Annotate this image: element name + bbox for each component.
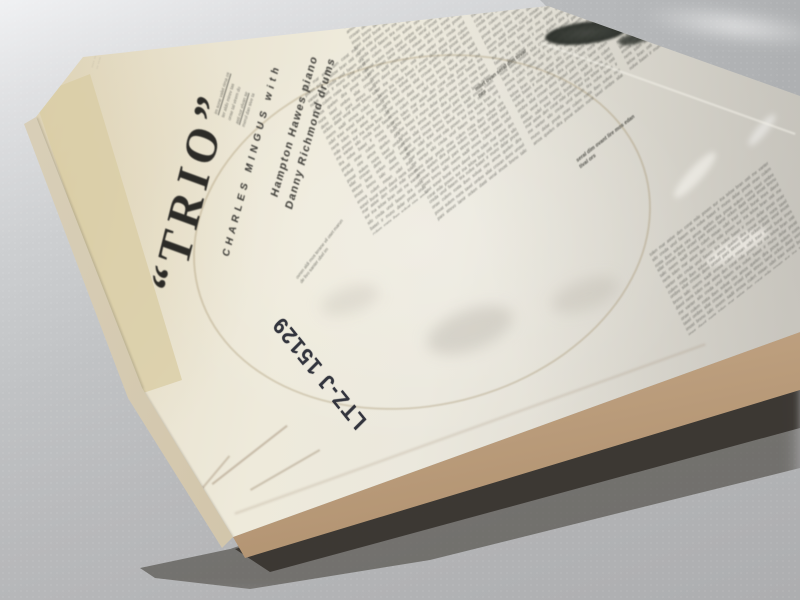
photo-of-record-sleeve: “TRIO” CHARLES MINGUS with Hampton Hawes… <box>0 0 800 600</box>
